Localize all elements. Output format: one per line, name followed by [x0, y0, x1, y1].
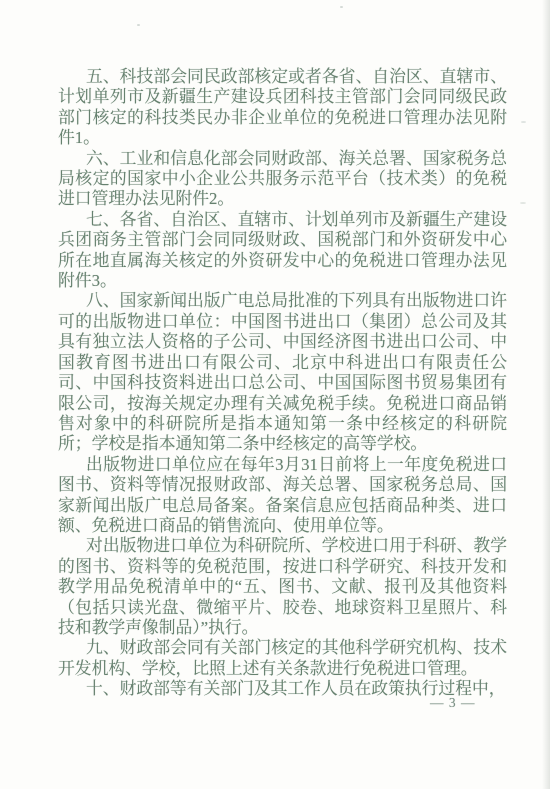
paragraph-article-5: 五、科技部会同民政部核定或者各省、自治区、直辖市、计划单列市及新疆生产建设兵团科…: [58, 67, 507, 149]
document-body: 五、科技部会同民政部核定或者各省、自治区、直辖市、计划单列市及新疆生产建设兵团科…: [58, 67, 507, 700]
scan-edge-shadow: [542, 0, 550, 789]
paragraph-filing-requirement: 出版物进口单位应在每年3月31日前将上一年度免税进口图书、资料等情况报财政部、海…: [58, 455, 507, 537]
paragraph-article-7: 七、各省、自治区、直辖市、计划单列市及新疆生产建设兵团商务主管部门会同同级财政、…: [58, 210, 507, 292]
scan-speckle: [521, 121, 526, 123]
scan-speckle: [137, 24, 140, 26]
paragraph-article-6: 六、工业和信息化部会同财政部、海关总署、国家税务总局核定的国家中小企业公共服务示…: [58, 149, 507, 210]
paragraph-duty-free-scope: 对出版物进口单位为科研院所、学校进口用于科研、教学的图书、资料等的免税范围，按进…: [58, 536, 507, 638]
page-number: — 3 —: [430, 695, 490, 711]
document-page: 五、科技部会同民政部核定或者各省、自治区、直辖市、计划单列市及新疆生产建设兵团科…: [0, 0, 550, 789]
scan-speckle: [520, 202, 526, 204]
scan-speckle: [340, 6, 343, 8]
paragraph-article-8: 八、国家新闻出版广电总局批准的下列具有出版物进口许可的出版物进口单位：中国图书进…: [58, 291, 507, 454]
paragraph-article-9: 九、财政部会同有关部门核定的其他科学研究机构、技术开发机构、学校，比照上述有关条…: [58, 638, 507, 679]
